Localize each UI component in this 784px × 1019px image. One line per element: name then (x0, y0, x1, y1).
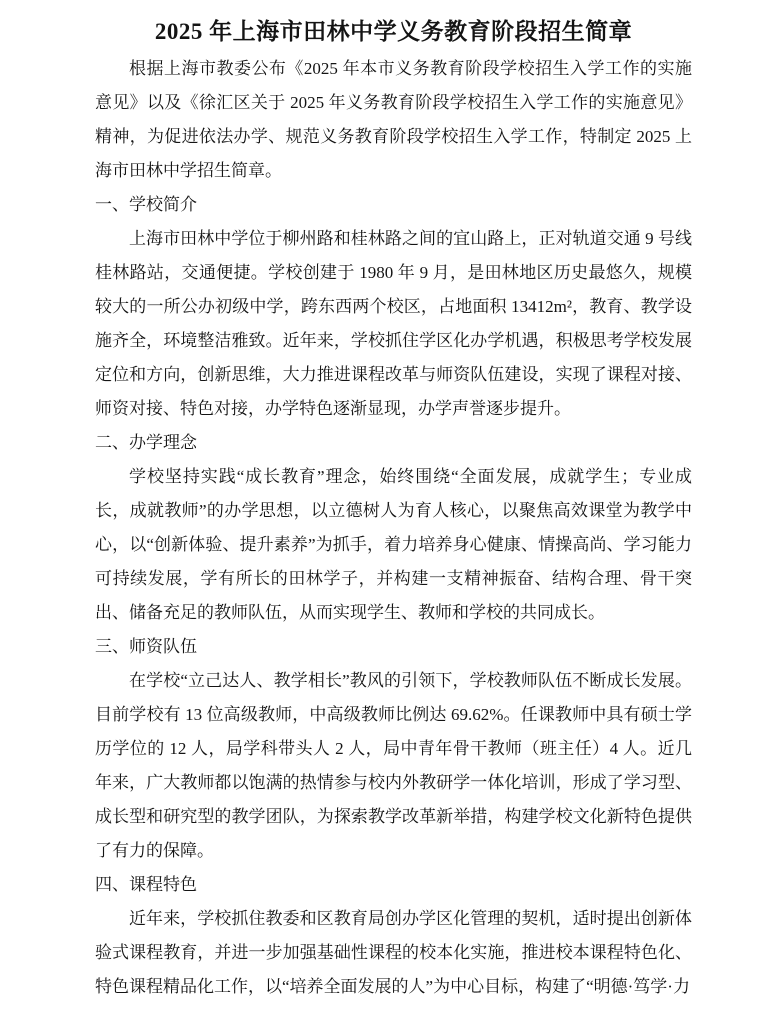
section-heading-school-profile: 一、学校简介 (95, 188, 692, 222)
intro-paragraph: 根据上海市教委公布《2025 年本市义务教育阶段学校招生入学工作的实施意见》以及… (95, 52, 692, 188)
section-heading-philosophy: 二、办学理念 (95, 426, 692, 460)
document-page: 2025 年上海市田林中学义务教育阶段招生简章 根据上海市教委公布《2025 年… (0, 0, 784, 1019)
section-body-school-profile: 上海市田林中学位于柳州路和桂林路之间的宜山路上，正对轨道交通 9 号线桂林路站，… (95, 222, 692, 426)
section-body-philosophy: 学校坚持实践“成长教育”理念，始终围绕“全面发展，成就学生；专业成长，成就教师”… (95, 460, 692, 630)
section-body-faculty: 在学校“立己达人、教学相长”教风的引领下，学校教师队伍不断成长发展。目前学校有 … (95, 664, 692, 868)
section-heading-curriculum: 四、课程特色 (95, 868, 692, 902)
document-title: 2025 年上海市田林中学义务教育阶段招生简章 (95, 12, 692, 52)
section-heading-faculty: 三、师资队伍 (95, 630, 692, 664)
section-body-curriculum: 近年来，学校抓住教委和区教育局创办学区化管理的契机，适时提出创新体验式课程教育，… (95, 902, 692, 1004)
